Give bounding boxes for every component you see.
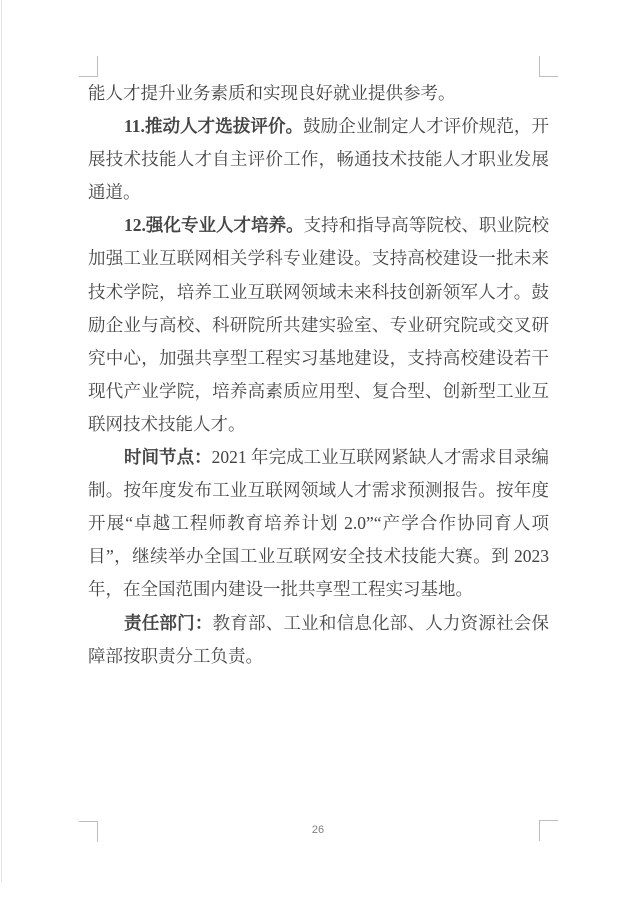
paragraph-body: 2021 年完成工业互联网紧缺人才需求目录编制。按年度发布工业互联网领域人才需求… xyxy=(88,447,549,599)
paragraph-responsible-departments: 责任部门：教育部、工业和信息化部、人力资源社会保障部按职责分工负责。 xyxy=(88,607,549,673)
paragraph-body: 支持和指导高等院校、职业院校加强工业互联网相关学科专业建设。支持高校建设一批未来… xyxy=(88,215,549,434)
paragraph-lead: 时间节点： xyxy=(124,447,212,467)
paragraph-body: 能人才提升业务素质和实现良好就业提供参考。 xyxy=(88,83,456,103)
crop-mark-top-right-icon xyxy=(539,56,558,77)
document-page: 能人才提升业务素质和实现良好就业提供参考。 11.推动人才选拔评价。鼓励企业制定… xyxy=(0,0,636,898)
paragraph-lead: 12.强化专业人才培养。 xyxy=(124,215,304,235)
paragraph-lead: 责任部门： xyxy=(124,613,213,633)
paragraph-item-12: 12.强化专业人才培养。支持和指导高等院校、职业院校加强工业互联网相关学科专业建… xyxy=(88,209,549,441)
text-block: 能人才提升业务素质和实现良好就业提供参考。 11.推动人才选拔评价。鼓励企业制定… xyxy=(88,77,549,673)
paragraph-time-node: 时间节点：2021 年完成工业互联网紧缺人才需求目录编制。按年度发布工业互联网领… xyxy=(88,441,549,606)
page-number: 26 xyxy=(0,824,636,836)
paragraph-lead: 11.推动人才选拔评价。 xyxy=(124,116,303,136)
page-left-edge xyxy=(1,0,2,882)
paragraph-continuation: 能人才提升业务素质和实现良好就业提供参考。 xyxy=(88,77,549,110)
paragraph-item-11: 11.推动人才选拔评价。鼓励企业制定人才评价规范，开展技术技能人才自主评价工作，… xyxy=(88,110,549,209)
crop-mark-top-left-icon xyxy=(79,56,98,77)
